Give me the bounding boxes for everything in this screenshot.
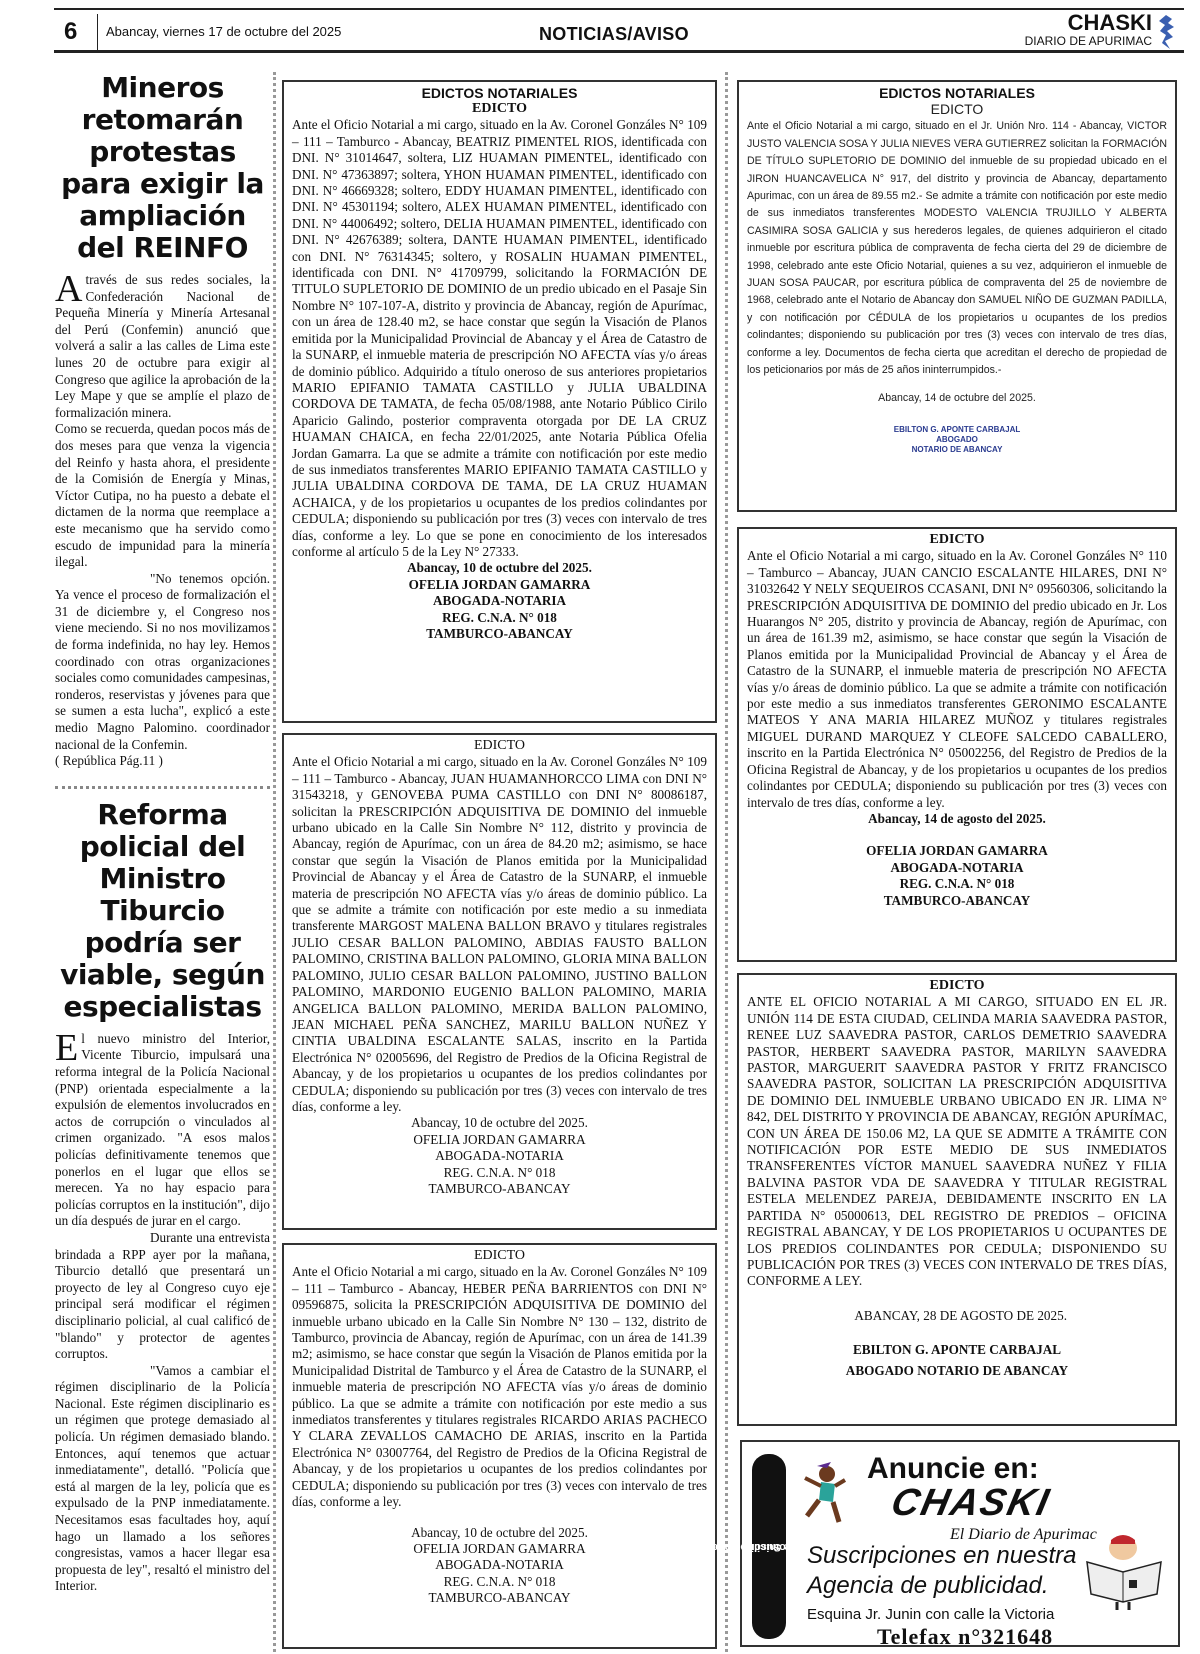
edicto-title: EDICTO bbox=[747, 101, 1167, 118]
notary-name: EBILTON G. APONTE CARBAJAL bbox=[747, 1342, 1167, 1358]
drop-cap: A bbox=[55, 274, 82, 304]
edicto-date: ABANCAY, 28 DE AGOSTO DE 2025. bbox=[747, 1308, 1167, 1324]
notary-reg: REG. C.N.A. N° 018 bbox=[747, 876, 1167, 892]
notary-name: OFELIA JORDAN GAMARRA bbox=[747, 843, 1167, 859]
notary-reg: REG. C.N.A. N° 018 bbox=[292, 1574, 707, 1590]
article-paragraph: l nuevo ministro del Interior, Vicente T… bbox=[55, 1031, 270, 1229]
article-body: Através de sus redes sociales, la Confed… bbox=[55, 272, 270, 770]
article-headline: Reforma policial del Ministro Tiburcio p… bbox=[55, 799, 270, 1023]
edicto-body: ANTE EL OFICIO NOTARIAL A MI CARGO, SITU… bbox=[747, 994, 1167, 1289]
edicto-notice: EDICTO Ante el Oficio Notarial a mi carg… bbox=[282, 1243, 717, 1649]
edicto-title: EDICTO bbox=[747, 532, 1167, 548]
column-divider bbox=[725, 72, 728, 1652]
edicto-title: EDICTO bbox=[292, 1248, 707, 1264]
edicto-title: EDICTO bbox=[292, 101, 707, 117]
edicto-date: Abancay, 14 de agosto del 2025. bbox=[747, 811, 1167, 827]
ad-address: Esquina Jr. Junin con calle la Victoria bbox=[807, 1606, 1054, 1623]
edictos-section-title: EDICTOS NOTARIALES bbox=[292, 85, 707, 101]
edicto-body: Ante el Oficio Notarial a mi cargo, situ… bbox=[292, 1264, 707, 1510]
drop-cap: E bbox=[55, 1033, 78, 1063]
stamp-location: NOTARIO DE ABANCAY bbox=[747, 445, 1167, 455]
notary-name: OFELIA JORDAN GAMARRA bbox=[292, 1541, 707, 1557]
stamp-title: ABOGADO bbox=[747, 435, 1167, 445]
column-divider bbox=[273, 72, 276, 1652]
notary-title: ABOGADA-NOTARIA bbox=[292, 1557, 707, 1573]
news-column: Mineros retomarán protestas para exigir … bbox=[55, 72, 270, 1595]
section-title: NOTICIAS/AVISO bbox=[539, 24, 689, 45]
edicto-body: Ante el Oficio Notarial a mi cargo, situ… bbox=[747, 118, 1167, 379]
ad-headline: Anuncie en: bbox=[867, 1452, 1039, 1486]
stamp-name: EBILTON G. APONTE CARBAJAL bbox=[747, 425, 1167, 435]
article-paragraph: través de sus redes sociales, la Confede… bbox=[55, 272, 270, 420]
edicto-notice: EDICTO Ante el Oficio Notarial a mi carg… bbox=[282, 733, 717, 1230]
notary-location: TAMBURCO-ABANCAY bbox=[747, 893, 1167, 909]
article-paragraph: Como se recuerda, quedan pocos más de do… bbox=[55, 421, 270, 570]
notary-title: ABOGADA-NOTARIA bbox=[747, 860, 1167, 876]
notary-title: ABOGADO NOTARIO DE ABANCAY bbox=[747, 1363, 1167, 1379]
ad-brand: CHASKI bbox=[887, 1482, 1054, 1525]
edicto-signature: EBILTON G. APONTE CARBAJAL ABOGADO NOTAR… bbox=[747, 1342, 1167, 1379]
edicto-date: Abancay, 10 de octubre del 2025. bbox=[292, 1525, 707, 1541]
article-headline: Mineros retomarán protestas para exigir … bbox=[55, 72, 270, 264]
edicto-body: Ante el Oficio Notarial a mi cargo, situ… bbox=[292, 754, 707, 1115]
edicto-body: Ante el Oficio Notarial a mi cargo, situ… bbox=[292, 117, 707, 560]
masthead: CHASKI DIARIO DE APURIMAC bbox=[1025, 12, 1152, 48]
edicto-signature: Abancay, 10 de octubre del 2025. OFELIA … bbox=[292, 1115, 707, 1197]
article-source: ( República Pág.11 ) bbox=[55, 753, 270, 770]
edicto-notice-scanned: EDICTOS NOTARIALES EDICTO Ante el Oficio… bbox=[737, 80, 1177, 512]
ad-phone: Telefax n°321648 bbox=[877, 1624, 1053, 1650]
article-paragraph: Durante una entrevista brindada a RPP ay… bbox=[55, 1230, 270, 1363]
notary-stamp: EBILTON G. APONTE CARBAJAL ABOGADO NOTAR… bbox=[747, 425, 1167, 455]
notary-reg: REG. C.N.A. N° 018 bbox=[292, 610, 707, 626]
edicto-signature: Abancay, 10 de octubre del 2025. OFELIA … bbox=[292, 1525, 707, 1607]
ad-line: Suscripciones en nuestra bbox=[807, 1542, 1076, 1570]
edicto-date: Abancay, 14 de octubre del 2025. bbox=[747, 390, 1167, 407]
notary-title: ABOGADA-NOTARIA bbox=[292, 1148, 707, 1164]
article-body: El nuevo ministro del Interior, Vicente … bbox=[55, 1031, 270, 1595]
edicto-notice: EDICTOS NOTARIALES EDICTO Ante el Oficio… bbox=[282, 80, 717, 723]
notary-name: OFELIA JORDAN GAMARRA bbox=[292, 577, 707, 593]
edicto-date: Abancay, 10 de octubre del 2025. bbox=[292, 1115, 707, 1131]
notary-location: TAMBURCO-ABANCAY bbox=[292, 626, 707, 642]
chaski-runner-logo-icon bbox=[1156, 13, 1180, 51]
home-delivery-banner: Reparto de Suscripciones aDomicilio bbox=[752, 1454, 786, 1639]
edicto-title: EDICTO bbox=[747, 978, 1167, 994]
ad-side-text: Domicilio bbox=[744, 1541, 794, 1553]
article-paragraph: "Vamos a cambiar el régimen disciplinari… bbox=[55, 1363, 270, 1595]
edicto-notice: EDICTO ANTE EL OFICIO NOTARIAL A MI CARG… bbox=[737, 973, 1177, 1426]
notary-location: TAMBURCO-ABANCAY bbox=[292, 1590, 707, 1606]
notary-location: TAMBURCO-ABANCAY bbox=[292, 1181, 707, 1197]
newspaper-reader-icon bbox=[1081, 1532, 1166, 1612]
edicto-title: EDICTO bbox=[292, 738, 707, 754]
article-paragraph: "No tenemos opción. Ya vence el proceso … bbox=[55, 571, 270, 754]
page-header: 6 Abancay, viernes 17 de octubre del 202… bbox=[54, 8, 1184, 53]
edicto-signature: Abancay, 10 de octubre del 2025. OFELIA … bbox=[292, 560, 707, 642]
chaski-runner-icon bbox=[797, 1460, 852, 1530]
news-article: Mineros retomarán protestas para exigir … bbox=[55, 72, 270, 770]
edicto-body: Ante el Oficio Notarial a mi cargo, situ… bbox=[747, 548, 1167, 811]
ad-line: Agencia de publicidad. bbox=[807, 1572, 1049, 1600]
edicto-notice: EDICTO Ante el Oficio Notarial a mi carg… bbox=[737, 527, 1177, 962]
notary-title: ABOGADA-NOTARIA bbox=[292, 593, 707, 609]
page-number: 6 bbox=[64, 18, 77, 46]
news-article: Reforma policial del Ministro Tiburcio p… bbox=[55, 799, 270, 1595]
issue-date: Abancay, viernes 17 de octubre del 2025 bbox=[106, 24, 341, 39]
edicto-signature: Abancay, 14 de agosto del 2025. OFELIA J… bbox=[747, 811, 1167, 909]
article-divider bbox=[55, 786, 270, 789]
edicto-date: Abancay, 10 de octubre del 2025. bbox=[292, 560, 707, 576]
brand-subtitle: DIARIO DE APURIMAC bbox=[1025, 34, 1152, 48]
header-divider bbox=[97, 14, 98, 52]
notary-reg: REG. C.N.A. N° 018 bbox=[292, 1165, 707, 1181]
edictos-section-title: EDICTOS NOTARIALES bbox=[747, 85, 1167, 101]
subscription-advertisement: Reparto de Suscripciones aDomicilio Anun… bbox=[740, 1440, 1180, 1647]
notary-name: OFELIA JORDAN GAMARRA bbox=[292, 1132, 707, 1148]
brand-name: CHASKI bbox=[1025, 12, 1152, 34]
